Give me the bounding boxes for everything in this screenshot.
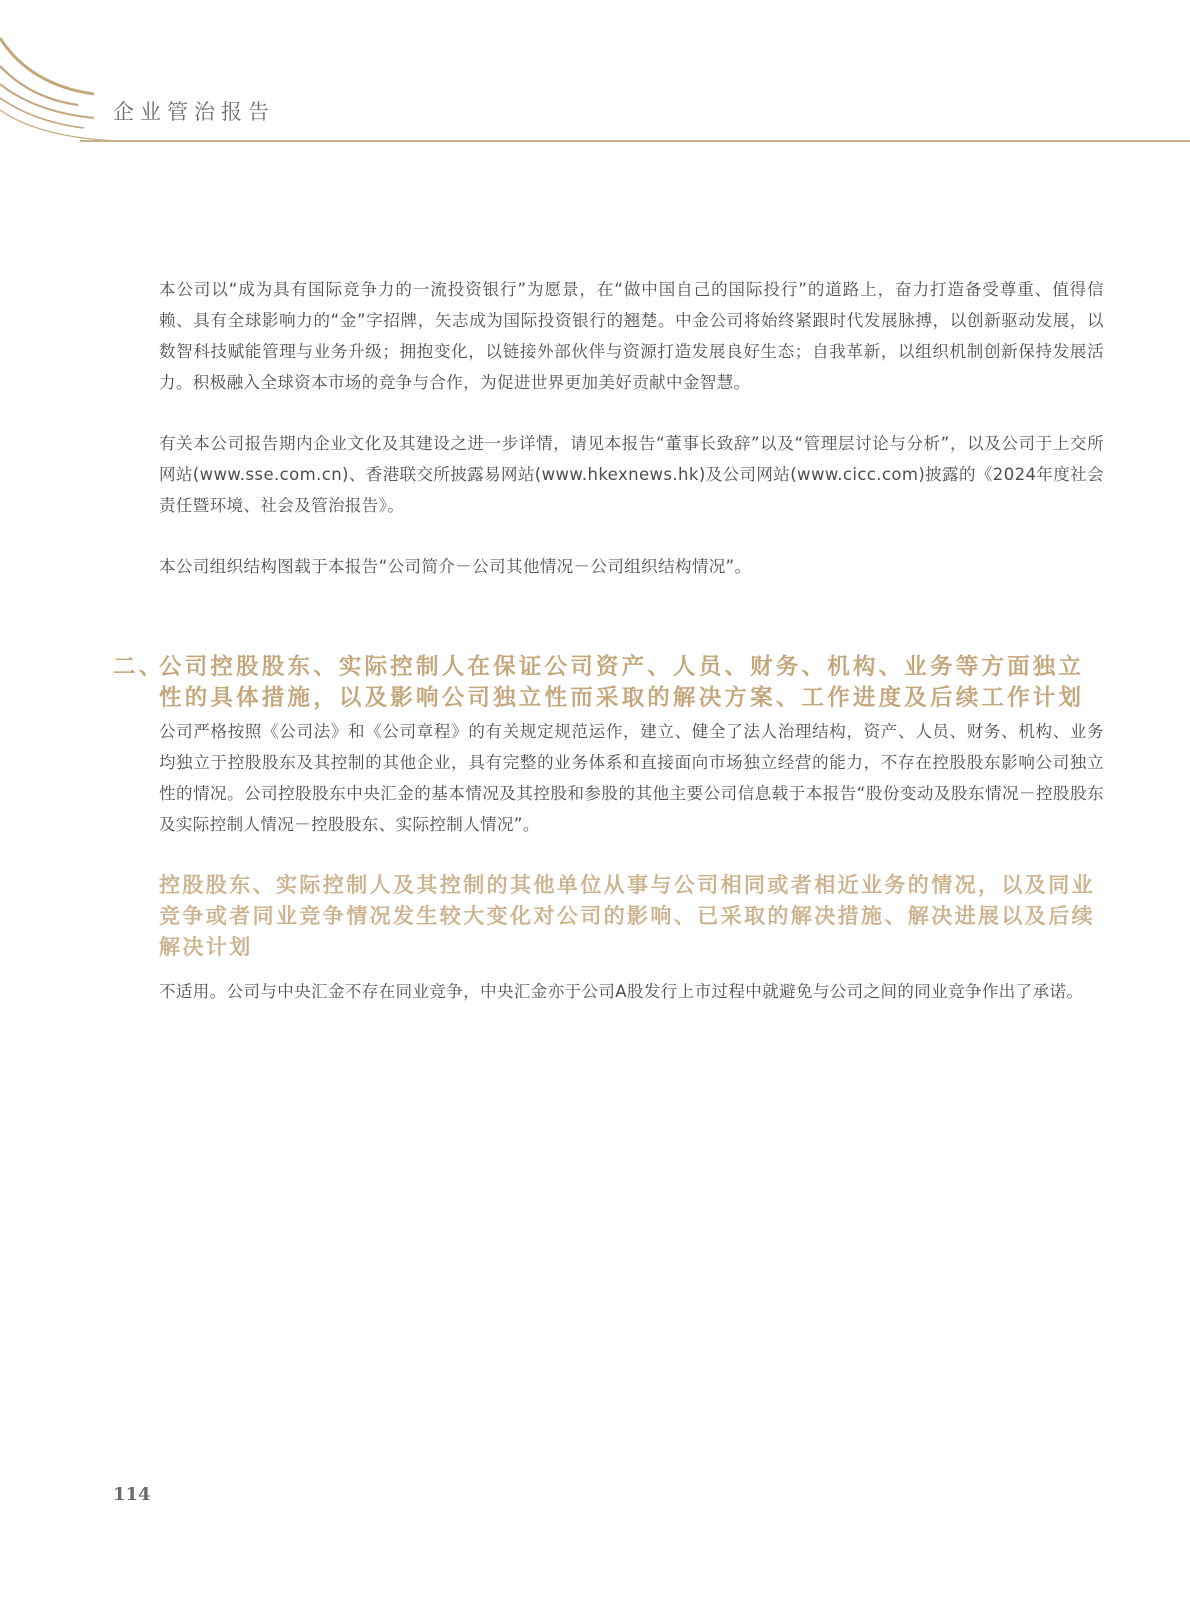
paragraph-competition: 不适用。公司与中央汇金不存在同业竞争，中央汇金亦于公司A股发行上市过程中就避免与… bbox=[159, 976, 1104, 1007]
section-2-body: 公司严格按照《公司法》和《公司章程》的有关规定规范运作，建立、健全了法人治理结构… bbox=[159, 716, 1104, 1037]
body-content: 本公司以“成为具有国际竞争力的一流投资银行”为愿景，在“做中国自己的国际投行”的… bbox=[159, 274, 1104, 612]
section-number: 二、 bbox=[113, 652, 164, 683]
subheading-competition: 控股股东、实际控制人及其控制的其他单位从事与公司相同或者相近业务的情况，以及同业… bbox=[159, 870, 1104, 963]
decorative-arcs-icon bbox=[0, 0, 120, 150]
page-number: 114 bbox=[113, 1484, 151, 1505]
paragraph-vision: 本公司以“成为具有国际竞争力的一流投资银行”为愿景，在“做中国自己的国际投行”的… bbox=[159, 274, 1104, 398]
section-heading-text: 公司控股股东、实际控制人在保证公司资产、人员、财务、机构、业务等方面独立性的具体… bbox=[159, 652, 1103, 714]
paragraph-culture-details: 有关本公司报告期内企业文化及其建设之进一步详情，请见本报告“董事长致辞”以及“管… bbox=[159, 428, 1104, 521]
paragraph-org-structure: 本公司组织结构图载于本报告“公司简介－公司其他情况－公司组织结构情况”。 bbox=[159, 551, 1104, 582]
header-divider bbox=[80, 140, 1190, 142]
paragraph-independence: 公司严格按照《公司法》和《公司章程》的有关规定规范运作，建立、健全了法人治理结构… bbox=[159, 716, 1104, 840]
section-2-heading: 二、 公司控股股东、实际控制人在保证公司资产、人员、财务、机构、业务等方面独立性… bbox=[113, 652, 1103, 714]
section-title: 企业管治报告 bbox=[113, 96, 275, 126]
